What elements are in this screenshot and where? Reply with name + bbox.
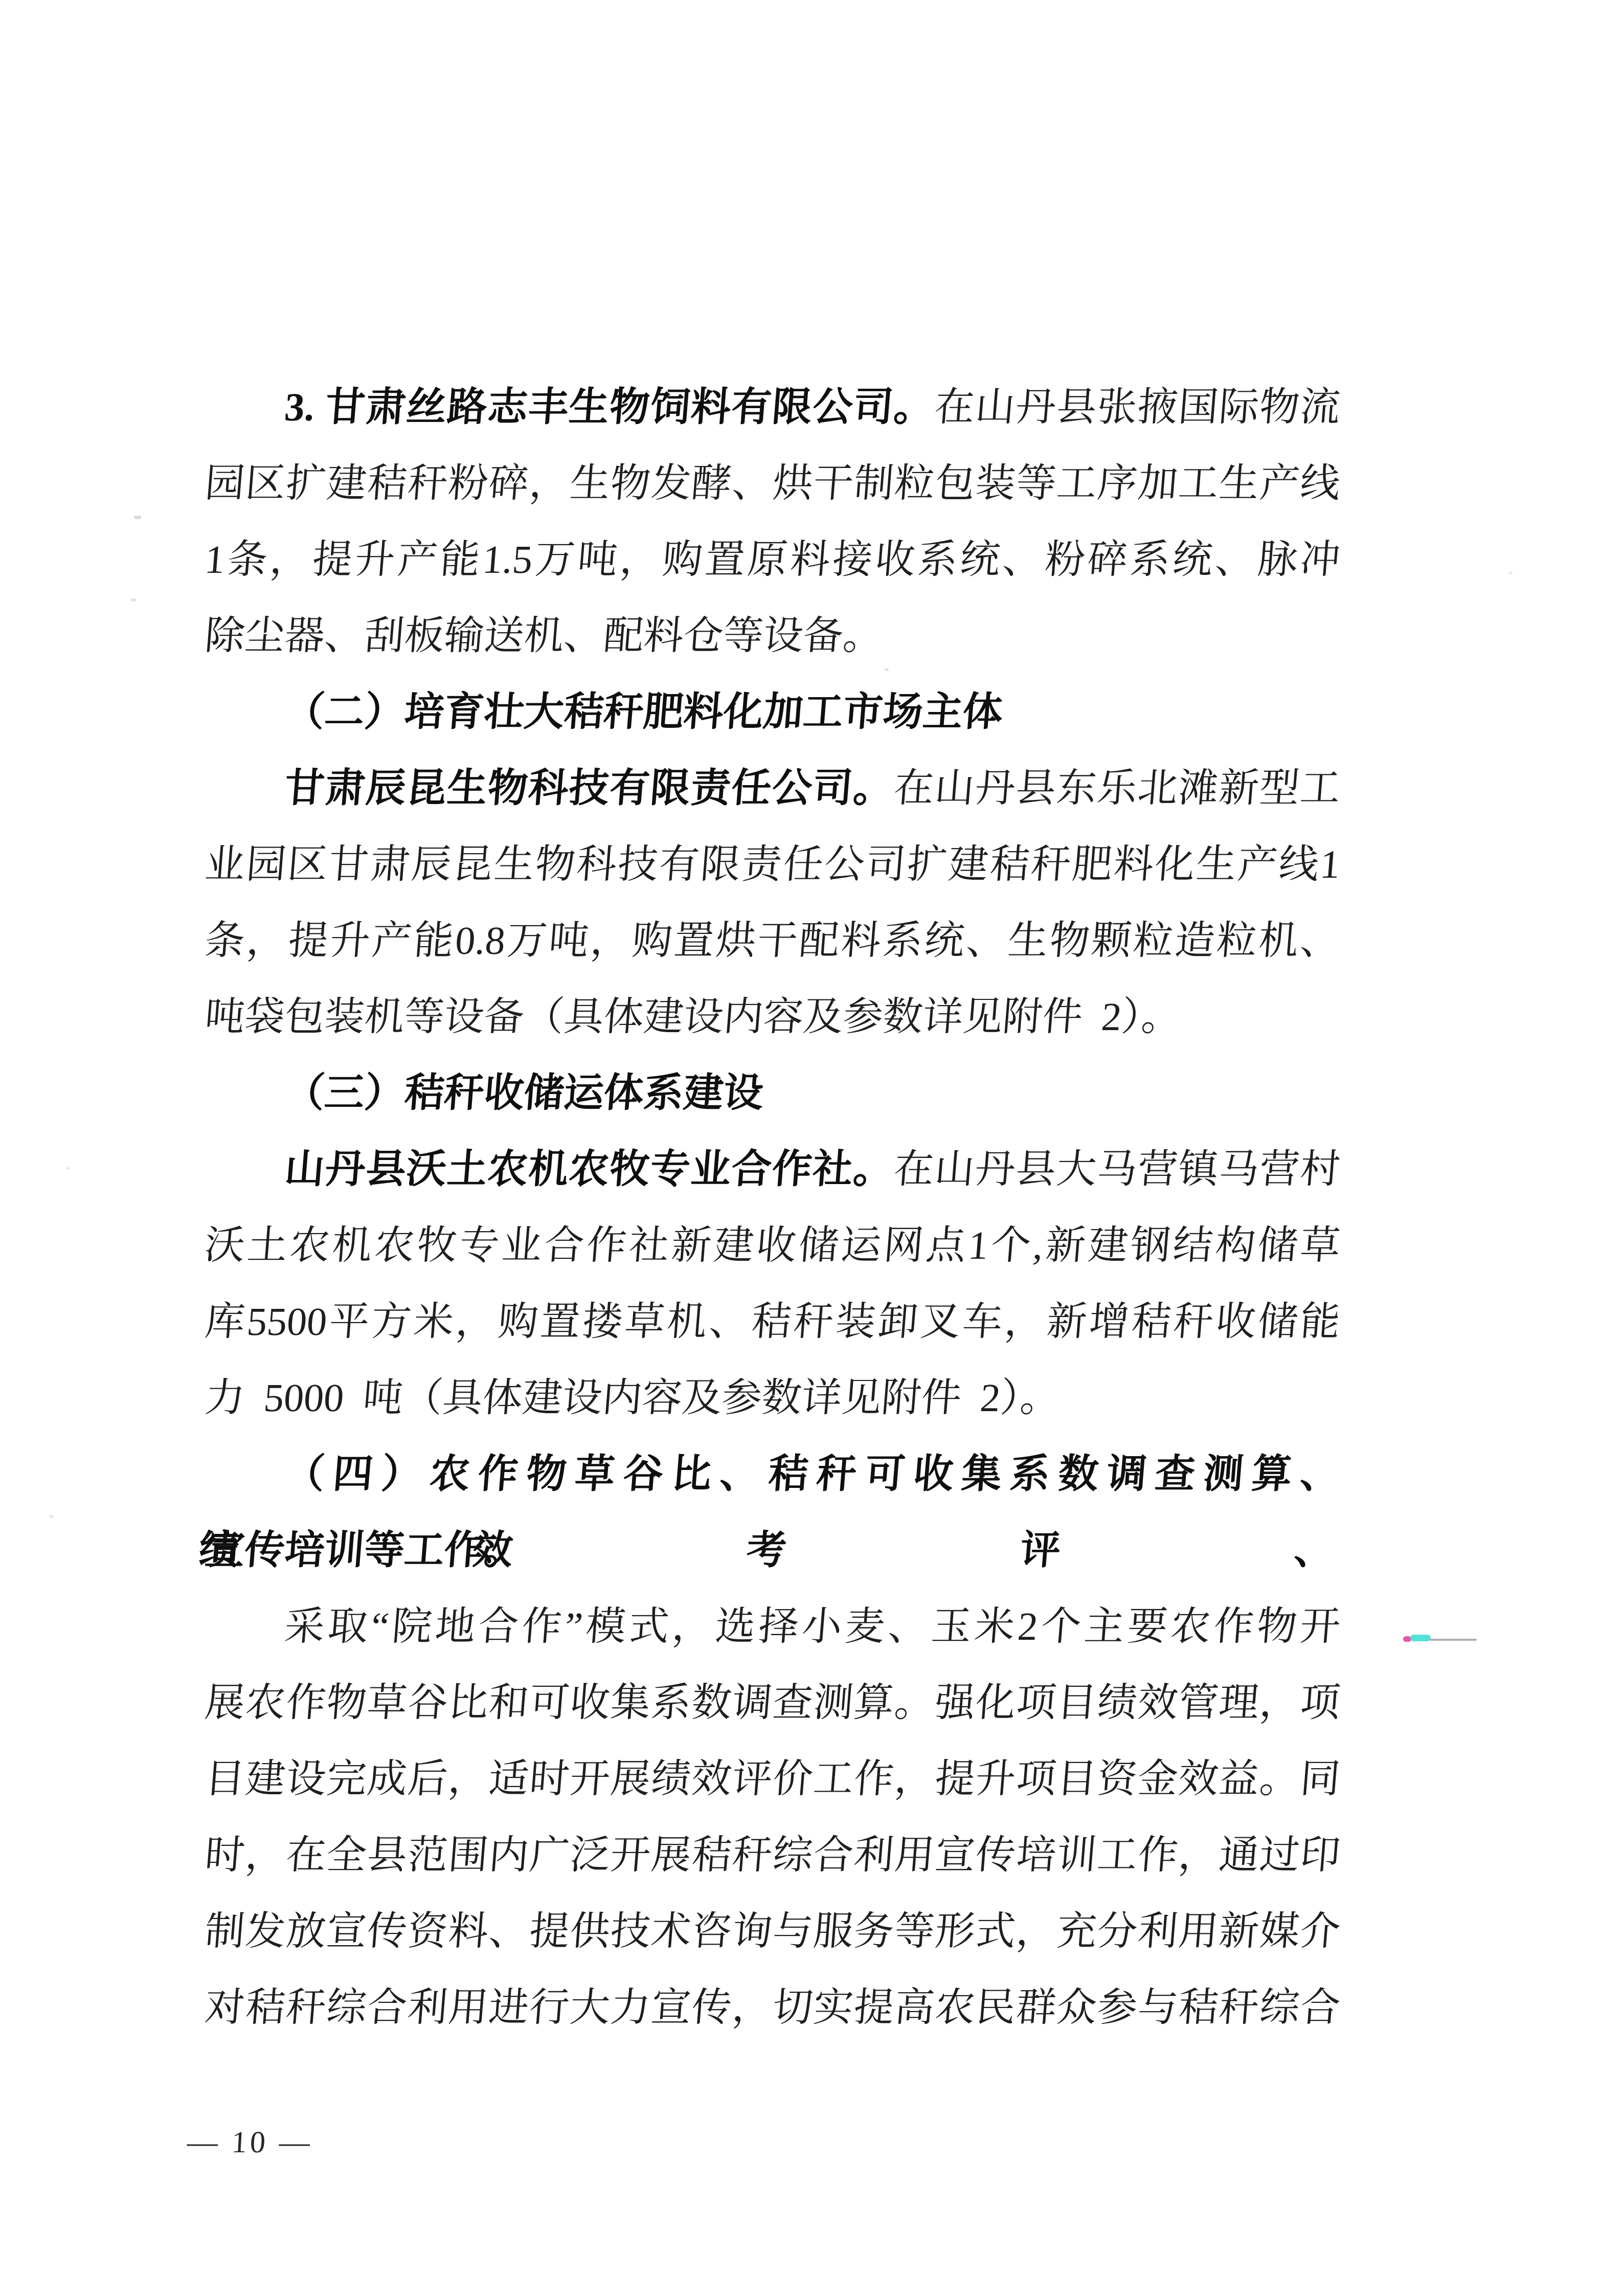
text-line: （二）培育壮大秸秆肥料化加工市场主体	[202, 674, 1343, 750]
bold-text-segment: （二）培育壮大秸秆肥料化加工市场主体	[283, 689, 1004, 734]
document-text-block: 3. 甘肃丝路志丰生物饲料有限公司。在山丹县张掖国际物流园区扩建秸秆粉碎，生物发…	[202, 369, 1337, 2045]
text-line: （四）农作物草谷比、秸秆可收集系数调查测算、绩效考评、	[202, 1436, 1343, 1512]
text-line: 宣传培训等工作。	[202, 1512, 1343, 1588]
cyan-mark	[1410, 1635, 1431, 1641]
text-line: 条，提升产能0.8万吨，购置烘干配料系统、生物颗粒造粒机、	[202, 902, 1343, 978]
text-line: 3. 甘肃丝路志丰生物饲料有限公司。在山丹县张掖国际物流	[202, 369, 1343, 445]
scanned-document-page: { "document": { "page_number_display": "…	[0, 0, 1623, 2296]
text-line: 时，在全县范围内广泛开展秸秆综合利用宣传培训工作，通过印	[202, 1817, 1343, 1893]
text-line: 沃土农机农牧专业合作社新建收储运网点1个,新建钢结构储草	[202, 1207, 1343, 1283]
text-line: 吨袋包装机等设备（具体建设内容及参数详见附件 2）。	[202, 978, 1343, 1055]
text-segment: 在山丹县张掖国际物流	[933, 385, 1342, 429]
text-segment: 沃土农机农牧专业合作社新建收储运网点1个,新建钢结构储草	[203, 1223, 1342, 1267]
speck	[49, 1515, 54, 1518]
page-number: — 10 —	[186, 2122, 314, 2163]
bold-text-segment: 宣传培训等工作。	[203, 1528, 526, 1572]
bold-text-segment: 山丹县沃土农机农牧专业合作社。	[283, 1147, 895, 1191]
text-segment: 采取“院地合作”模式，选择小麦、玉米2个主要农作物开	[283, 1604, 1342, 1648]
text-line: 采取“院地合作”模式，选择小麦、玉米2个主要农作物开	[202, 1588, 1343, 1664]
text-line: 对秸秆综合利用进行大力宣传，切实提高农民群众参与秸秆综合	[202, 1969, 1343, 2045]
text-line: 山丹县沃土农机农牧专业合作社。在山丹县大马营镇马营村	[202, 1131, 1343, 1207]
text-line: 展农作物草谷比和可收集系数调查测算。强化项目绩效管理，项	[202, 1664, 1343, 1741]
speck	[885, 668, 889, 671]
speck	[134, 516, 141, 519]
text-line: 除尘器、刮板输送机、配料仓等设备。	[202, 597, 1343, 674]
text-segment: 条，提升产能0.8万吨，购置烘干配料系统、生物颗粒造粒机、	[203, 918, 1342, 963]
text-segment: 业园区甘肃辰昆生物科技有限责任公司扩建秸秆肥料化生产线1	[203, 842, 1342, 886]
text-segment: 制发放宣传资料、提供技术咨询与服务等形式，充分利用新媒介	[203, 1909, 1342, 1953]
text-segment: 1条，提升产能1.5万吨，购置原料接收系统、粉碎系统、脉冲	[203, 537, 1342, 582]
text-line: （三）秸秆收储运体系建设	[202, 1055, 1343, 1131]
text-line: 目建设完成后，适时开展绩效评价工作，提升项目资金效益。同	[202, 1741, 1343, 1817]
speck	[131, 598, 136, 601]
text-segment: 对秸秆综合利用进行大力宣传，切实提高农民群众参与秸秆综合	[203, 1985, 1342, 2030]
bold-text-segment: （三）秸秆收储运体系建设	[283, 1071, 765, 1115]
bold-text-segment: 3. 甘肃丝路志丰生物饲料有限公司。	[283, 385, 936, 429]
text-segment: 库5500平方米，购置搂草机、秸秆装卸叉车，新增秸秆收储能	[203, 1299, 1342, 1344]
speck	[1508, 572, 1513, 574]
text-line: 园区扩建秸秆粉碎，生物发酵、烘干制粒包装等工序加工生产线	[202, 445, 1343, 521]
text-segment: 时，在全县范围内广泛开展秸秆综合利用宣传培训工作，通过印	[203, 1833, 1342, 1877]
text-segment: 除尘器、刮板输送机、配料仓等设备。	[203, 613, 885, 658]
speck	[66, 1167, 70, 1170]
text-line: 甘肃辰昆生物科技有限责任公司。在山丹县东乐北滩新型工	[202, 750, 1343, 826]
text-segment: 目建设完成后，适时开展绩效评价工作，提升项目资金效益。同	[203, 1756, 1342, 1801]
text-line: 力 5000 吨（具体建设内容及参数详见附件 2）。	[202, 1359, 1343, 1436]
text-line: 1条，提升产能1.5万吨，购置原料接收系统、粉碎系统、脉冲	[202, 521, 1343, 597]
text-segment: 力 5000 吨（具体建设内容及参数详见附件 2）。	[203, 1375, 1062, 1420]
text-segment: 园区扩建秸秆粉碎，生物发酵、烘干制粒包装等工序加工生产线	[203, 461, 1342, 505]
text-line: 业园区甘肃辰昆生物科技有限责任公司扩建秸秆肥料化生产线1	[202, 826, 1343, 902]
text-segment: 展农作物草谷比和可收集系数调查测算。强化项目绩效管理，项	[203, 1680, 1342, 1725]
text-segment: 在山丹县东乐北滩新型工	[892, 766, 1342, 810]
bold-text-segment: 甘肃辰昆生物科技有限责任公司。	[283, 766, 895, 810]
text-line: 制发放宣传资料、提供技术咨询与服务等形式，充分利用新媒介	[202, 1893, 1343, 1969]
text-segment: 在山丹县大马营镇马营村	[892, 1147, 1342, 1191]
text-segment: 吨袋包装机等设备（具体建设内容及参数详见附件 2）。	[203, 994, 1183, 1039]
text-line: 库5500平方米，购置搂草机、秸秆装卸叉车，新增秸秆收储能	[202, 1283, 1343, 1359]
gray-hairline	[1430, 1639, 1477, 1641]
